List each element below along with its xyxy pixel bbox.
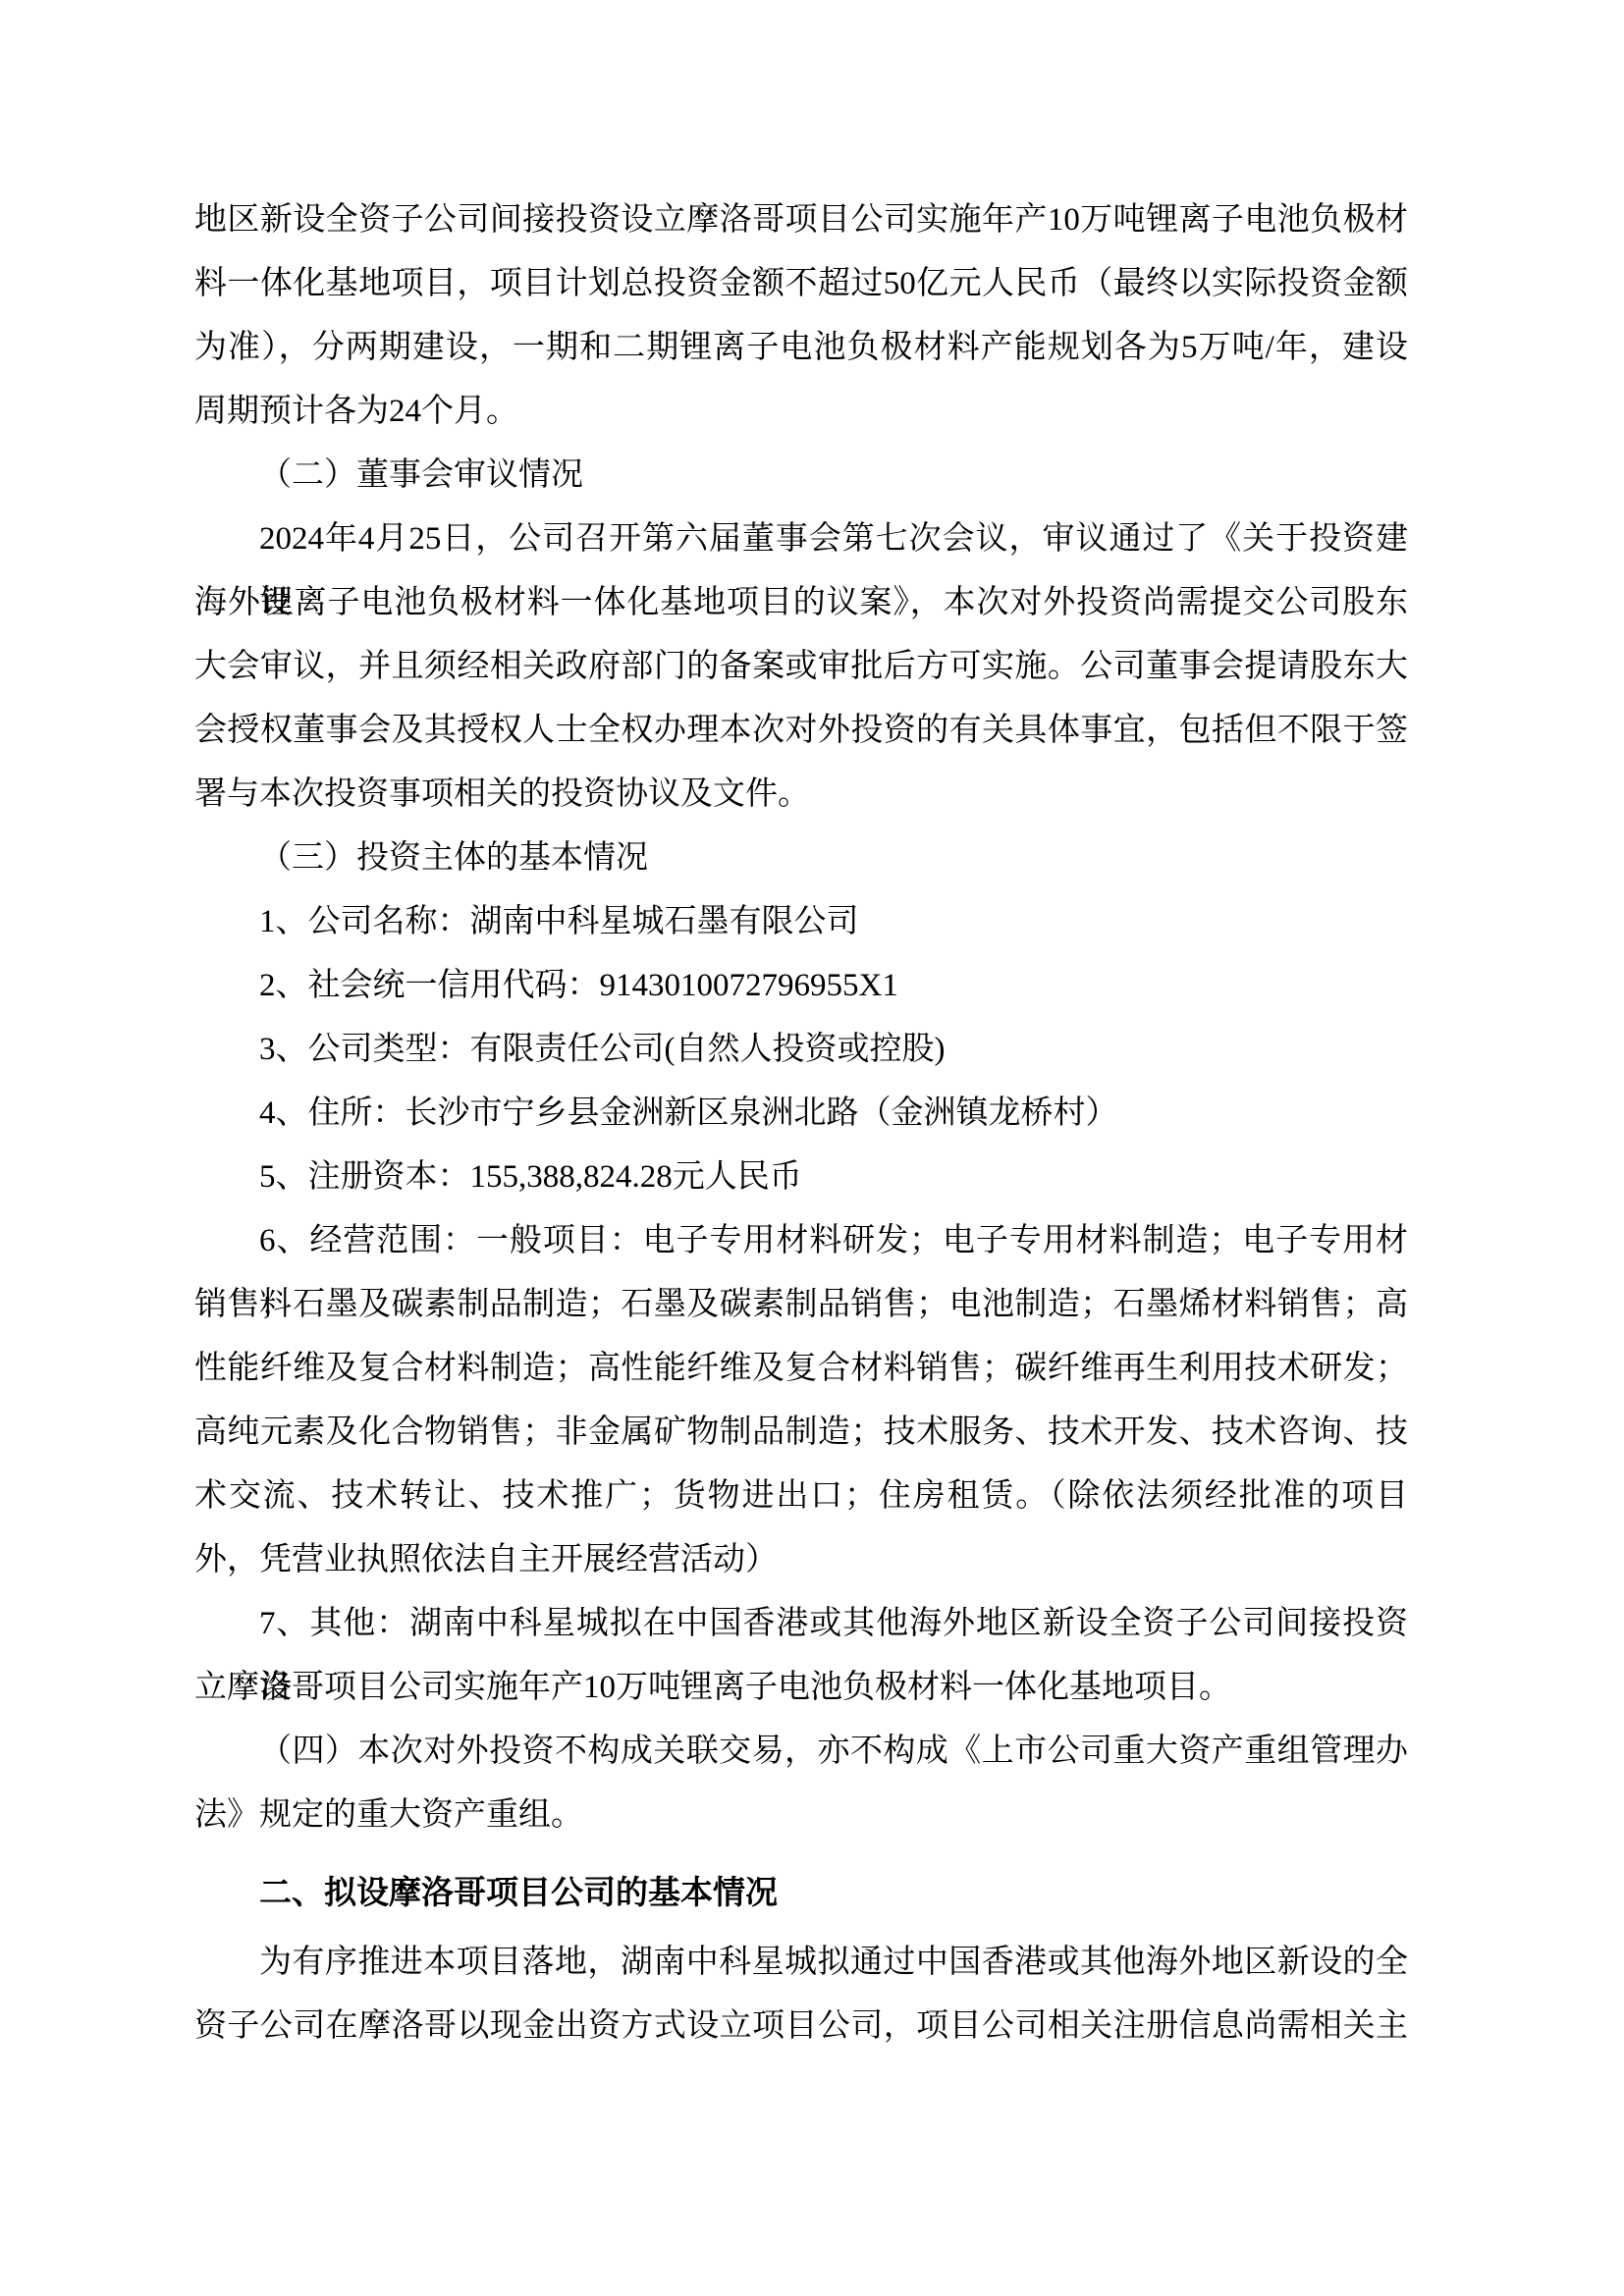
- text-line: 料一体化基地项目，项目计划总投资金额不超过50亿元人民币（最终以实际投资金额: [194, 252, 1408, 316]
- text-line: 性能纤维及复合材料制造；高性能纤维及复合材料销售；碳纤维再生利用技术研发；: [194, 1337, 1408, 1401]
- text-line: 大会审议，并且须经相关政府部门的备案或审批后方可实施。公司董事会提请股东大: [194, 635, 1408, 699]
- text-line: 为有序推进本项目落地，湖南中科星城拟通过中国香港或其他海外地区新设的全: [194, 1931, 1408, 1995]
- text-line: 为准），分两期建设，一期和二期锂离子电池负极材料产能规划各为5万吨/年，建设: [194, 316, 1408, 380]
- text-line: 资子公司在摩洛哥以现金出资方式设立项目公司，项目公司相关注册信息尚需相关主: [194, 1995, 1408, 2058]
- text-line: 高纯元素及化合物销售；非金属矿物制品制造；技术服务、技术开发、技术咨询、技: [194, 1401, 1408, 1465]
- list-item: 4、住所：长沙市宁乡县金洲新区泉洲北路（金洲镇龙桥村）: [194, 1082, 1408, 1146]
- document-body: 地区新设全资子公司间接投资设立摩洛哥项目公司实施年产10万吨锂离子电池负极材 料…: [194, 188, 1408, 2058]
- text-line: 立摩洛哥项目公司实施年产10万吨锂离子电池负极材料一体化基地项目。: [194, 1656, 1408, 1720]
- text-line: 术交流、技术转让、技术推广；货物进出口；住房租赁。（除依法须经批准的项目: [194, 1465, 1408, 1528]
- text-line: 地区新设全资子公司间接投资设立摩洛哥项目公司实施年产10万吨锂离子电池负极材: [194, 188, 1408, 252]
- text-line: （四）本次对外投资不构成关联交易，亦不构成《上市公司重大资产重组管理办: [194, 1720, 1408, 1784]
- list-item: 1、公司名称：湖南中科星城石墨有限公司: [194, 890, 1408, 954]
- list-item: 3、公司类型：有限责任公司(自然人投资或控股): [194, 1018, 1408, 1082]
- text-line: 销售；石墨及碳素制品制造；石墨及碳素制品销售；电池制造；石墨烯材料销售；高: [194, 1273, 1408, 1337]
- subsection-heading: （二）董事会审议情况: [194, 444, 1408, 507]
- list-item: 6、经营范围：一般项目：电子专用材料研发；电子专用材料制造；电子专用材料: [194, 1209, 1408, 1273]
- text-line: 外，凭营业执照依法自主开展经营活动）: [194, 1528, 1408, 1592]
- text-line: 法》规定的重大资产重组。: [194, 1784, 1408, 1847]
- list-item: 2、社会统一信用代码：9143010072796955X1: [194, 954, 1408, 1018]
- text-line: 署与本次投资事项相关的投资协议及文件。: [194, 763, 1408, 827]
- section-heading: 二、拟设摩洛哥项目公司的基本情况: [194, 1862, 1408, 1926]
- list-item: 7、其他：湖南中科星城拟在中国香港或其他海外地区新设全资子公司间接投资设: [194, 1592, 1408, 1656]
- text-line: 会授权董事会及其授权人士全权办理本次对外投资的有关具体事宜，包括但不限于签: [194, 699, 1408, 763]
- text-line: 海外锂离子电池负极材料一体化基地项目的议案》，本次对外投资尚需提交公司股东: [194, 571, 1408, 635]
- subsection-heading: （三）投资主体的基本情况: [194, 827, 1408, 890]
- document-page: 地区新设全资子公司间接投资设立摩洛哥项目公司实施年产10万吨锂离子电池负极材 料…: [0, 0, 1624, 2296]
- text-line: 周期预计各为24个月。: [194, 380, 1408, 444]
- text-line: 2024年4月25日，公司召开第六届董事会第七次会议，审议通过了《关于投资建设: [194, 507, 1408, 571]
- list-item: 5、注册资本：155,388,824.28元人民币: [194, 1146, 1408, 1209]
